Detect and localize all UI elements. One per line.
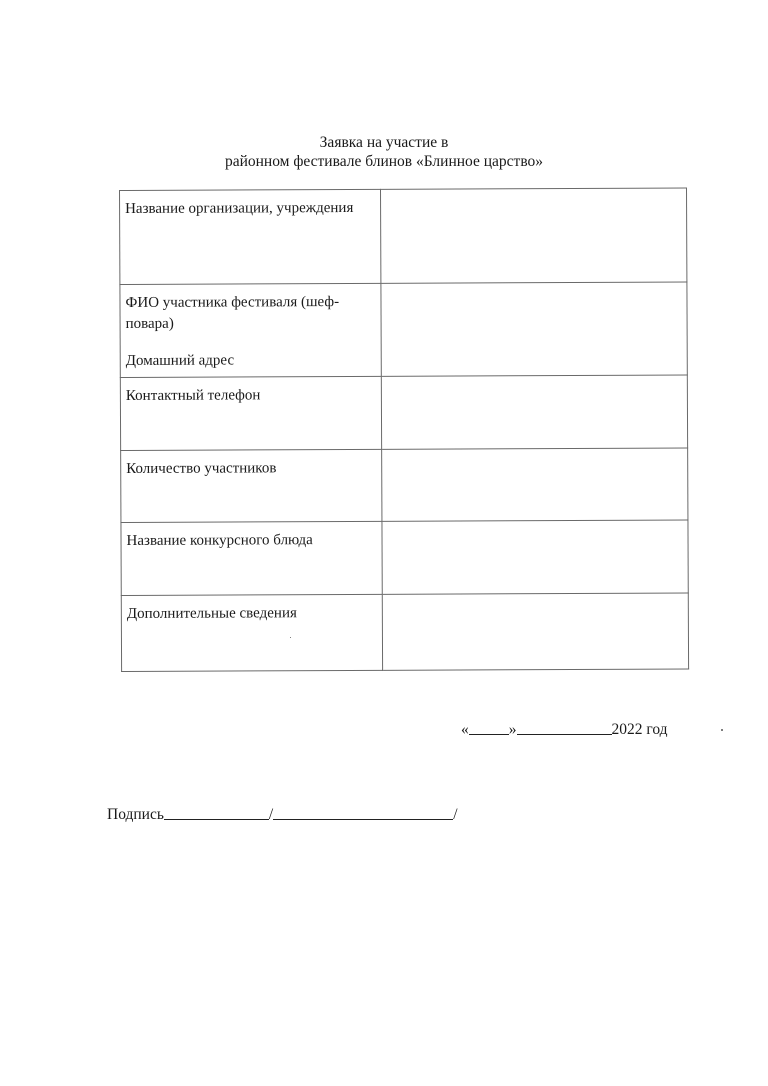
form-row-participant: ФИО участника фестиваля (шеф-повара) Дом… bbox=[120, 282, 687, 377]
form-row-phone: Контактный телефон bbox=[120, 375, 687, 450]
form-row-additional-info: Дополнительные сведения bbox=[121, 593, 688, 671]
title-line-2: районном фестивале блинов «Блинное царст… bbox=[0, 152, 768, 171]
field-label-participant: ФИО участника фестиваля (шеф-повара) Дом… bbox=[120, 283, 381, 377]
application-form-table: Название организации, учреждения ФИО уча… bbox=[119, 188, 689, 672]
form-row-dish-name: Название конкурсного блюда bbox=[121, 520, 688, 595]
date-field: «»2022 год bbox=[461, 721, 668, 739]
signature-separator-left: / bbox=[269, 806, 273, 823]
field-input-participant[interactable] bbox=[381, 282, 688, 376]
field-label-dish-name: Название конкурсного блюда bbox=[121, 521, 382, 595]
signature-blank[interactable] bbox=[164, 818, 269, 820]
field-input-organization[interactable] bbox=[380, 188, 687, 283]
date-close-quote: » bbox=[509, 721, 517, 738]
signature-field: Подпись// bbox=[107, 806, 458, 824]
scan-speck bbox=[290, 637, 291, 638]
field-input-participant-count[interactable] bbox=[381, 448, 688, 521]
field-label-additional-info: Дополнительные сведения bbox=[121, 594, 382, 671]
field-input-additional-info[interactable] bbox=[382, 593, 689, 670]
form-title: Заявка на участие в районном фестивале б… bbox=[0, 133, 768, 171]
field-input-dish-name[interactable] bbox=[382, 520, 689, 594]
field-label-home-address: Домашний адрес bbox=[126, 350, 377, 372]
field-label-phone: Контактный телефон bbox=[120, 376, 381, 450]
field-label-organization: Название организации, учреждения bbox=[120, 189, 381, 284]
title-line-1: Заявка на участие в bbox=[0, 133, 768, 152]
signature-separator-right: / bbox=[453, 806, 457, 823]
date-year-text: 2022 год bbox=[612, 721, 668, 738]
field-label-participant-count: Количество участников bbox=[121, 449, 382, 522]
signature-label: Подпись bbox=[107, 806, 164, 823]
signature-name-blank[interactable] bbox=[273, 818, 453, 820]
field-label-participant-name: ФИО участника фестиваля (шеф-повара) bbox=[125, 294, 339, 332]
date-month-blank[interactable] bbox=[517, 733, 612, 735]
scan-speck bbox=[721, 729, 723, 731]
form-row-organization: Название организации, учреждения bbox=[120, 188, 687, 284]
field-input-phone[interactable] bbox=[381, 375, 688, 449]
form-row-participant-count: Количество участников bbox=[121, 448, 688, 522]
date-open-quote: « bbox=[461, 721, 469, 738]
date-day-blank[interactable] bbox=[469, 733, 509, 735]
